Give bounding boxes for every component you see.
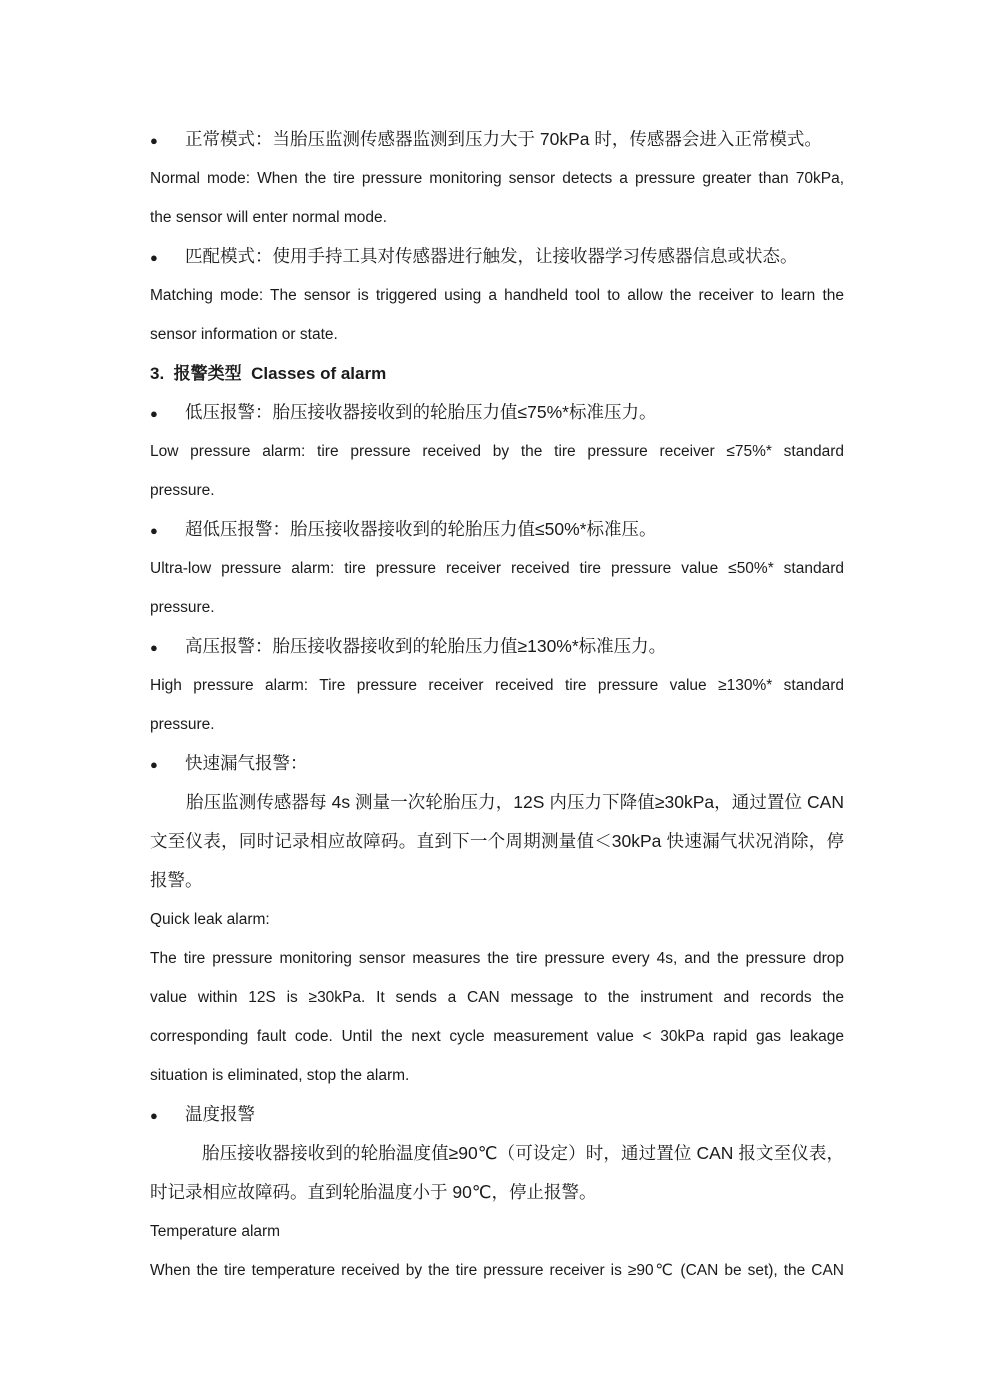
text-line: 时记录相应故障码。直到轮胎温度小于 90℃，停止报警。	[150, 1173, 844, 1212]
text-line: situation is eliminated, stop the alarm.	[150, 1056, 844, 1095]
bullet-list-item: ●匹配模式：使用手持工具对传感器进行触发，让接收器学习传感器信息或状态。	[150, 237, 844, 276]
bullet-item-text: 正常模式：当胎压监测传感器监测到压力大于 70kPa 时，传感器会进入正常模式。	[185, 129, 822, 149]
bullet-icon: ●	[150, 745, 185, 783]
bullet-list-item: ●正常模式：当胎压监测传感器监测到压力大于 70kPa 时，传感器会进入正常模式…	[150, 120, 844, 159]
bullet-list-item: ●温度报警	[150, 1095, 844, 1134]
text-line: Temperature alarm	[150, 1212, 844, 1251]
text-line: Ultra-low pressure alarm: tire pressure …	[150, 549, 844, 588]
bullet-icon: ●	[150, 511, 185, 549]
bullet-icon: ●	[150, 238, 185, 276]
text-line: Quick leak alarm:	[150, 900, 844, 939]
text-line: 胎压监测传感器每 4s 测量一次轮胎压力，12S 内压力下降值≥30kPa，通过…	[150, 783, 844, 822]
bullet-item-text: 低压报警：胎压接收器接收到的轮胎压力值≤75%*标准压力。	[185, 402, 656, 422]
text-line: When the tire temperature received by th…	[150, 1251, 844, 1290]
document-content: ●正常模式：当胎压监测传感器监测到压力大于 70kPa 时，传感器会进入正常模式…	[150, 120, 844, 1290]
text-line: sensor information or state.	[150, 315, 844, 354]
bullet-icon: ●	[150, 628, 185, 666]
document-page: ●正常模式：当胎压监测传感器监测到压力大于 70kPa 时，传感器会进入正常模式…	[0, 0, 990, 1400]
bullet-item-text: 匹配模式：使用手持工具对传感器进行触发，让接收器学习传感器信息或状态。	[185, 246, 798, 266]
text-line: 报警。	[150, 861, 844, 900]
text-line: pressure.	[150, 588, 844, 627]
text-line: pressure.	[150, 705, 844, 744]
bullet-list-item: ●高压报警：胎压接收器接收到的轮胎压力值≥130%*标准压力。	[150, 627, 844, 666]
text-line: Normal mode: When the tire pressure moni…	[150, 159, 844, 198]
bullet-icon: ●	[150, 394, 185, 432]
text-line: 文至仪表，同时记录相应故障码。直到下一个周期测量值＜30kPa 快速漏气状况消除…	[150, 822, 844, 861]
text-line: the sensor will enter normal mode.	[150, 198, 844, 237]
bullet-icon: ●	[150, 121, 185, 159]
text-line: corresponding fault code. Until the next…	[150, 1017, 844, 1056]
text-line: The tire pressure monitoring sensor meas…	[150, 939, 844, 978]
text-line: pressure.	[150, 471, 844, 510]
text-line: value within 12S is ≥30kPa. It sends a C…	[150, 978, 844, 1017]
bullet-item-text: 高压报警：胎压接收器接收到的轮胎压力值≥130%*标准压力。	[185, 636, 666, 656]
bullet-list-item: ●低压报警：胎压接收器接收到的轮胎压力值≤75%*标准压力。	[150, 393, 844, 432]
text-line: Matching mode: The sensor is triggered u…	[150, 276, 844, 315]
bullet-item-text: 超低压报警：胎压接收器接收到的轮胎压力值≤50%*标准压。	[185, 519, 656, 539]
bullet-item-text: 快速漏气报警：	[185, 753, 308, 773]
text-line: 胎压接收器接收到的轮胎温度值≥90℃（可设定）时，通过置位 CAN 报文至仪表，…	[150, 1134, 844, 1173]
bullet-icon: ●	[150, 1096, 185, 1134]
section-heading: 3. 报警类型 Classes of alarm	[150, 354, 844, 393]
bullet-list-item: ●快速漏气报警：	[150, 744, 844, 783]
text-line: High pressure alarm: Tire pressure recei…	[150, 666, 844, 705]
text-line: Low pressure alarm: tire pressure receiv…	[150, 432, 844, 471]
bullet-item-text: 温度报警	[185, 1104, 255, 1124]
bullet-list-item: ●超低压报警：胎压接收器接收到的轮胎压力值≤50%*标准压。	[150, 510, 844, 549]
